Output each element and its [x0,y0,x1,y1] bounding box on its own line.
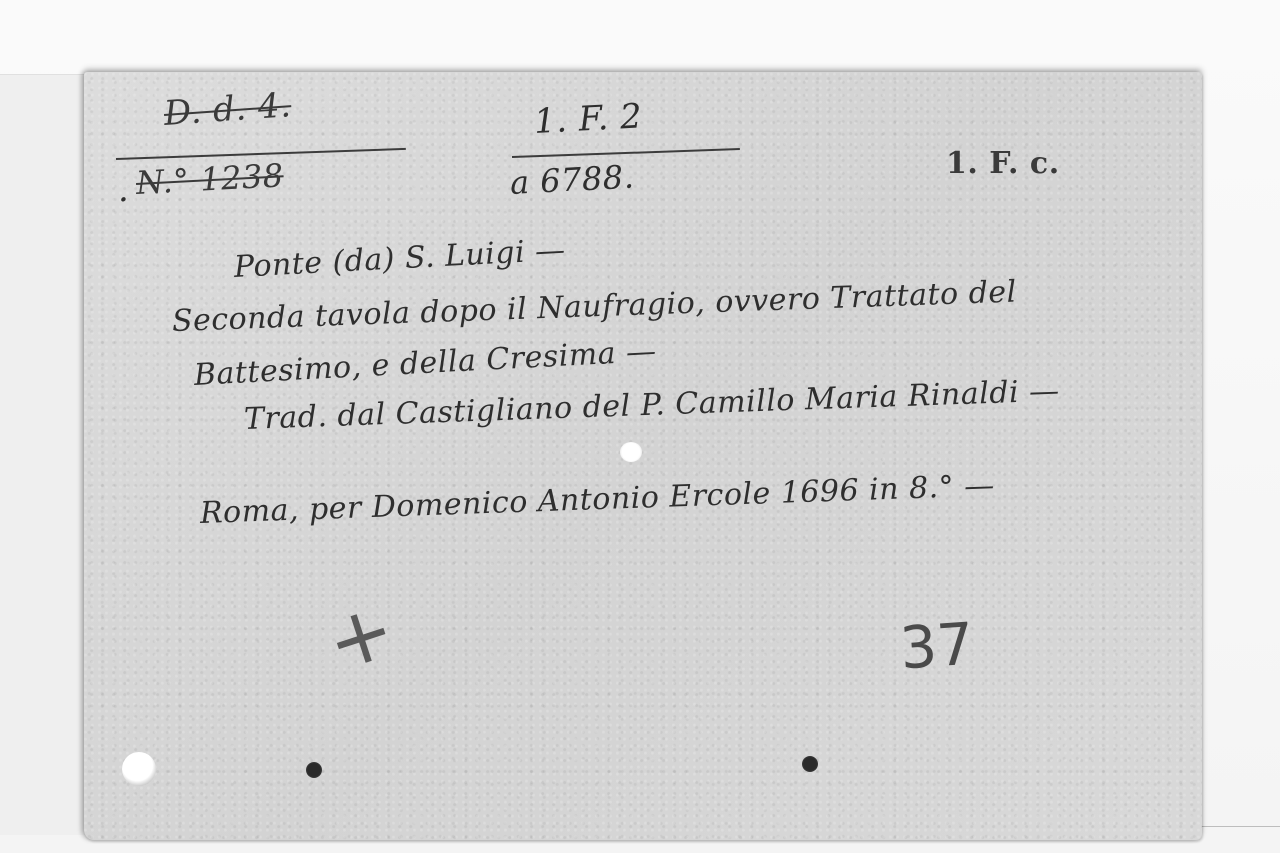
title-line-2: Battesimo, e della Cresima — [193,334,657,393]
punch-hole-top [620,442,642,462]
author-line: Ponte (da) S. Luigi — [233,233,566,285]
punch-hole-small-right [802,756,818,772]
pencil-cross-mark: + [316,584,406,690]
punch-hole-small-left [306,762,322,778]
inventory-number: a 6788. [509,158,635,202]
old-number-struck: N.° 1238 [135,156,285,202]
old-number-prefix: . [118,170,129,210]
pencil-number: 37 [898,610,976,683]
title-line-1: Seconda tavola dopo il Naufragio, ovvero… [171,275,1017,339]
imprint-line: Roma, per Domenico Antonio Ercole 1696 i… [199,468,995,531]
background-edge [1200,826,1280,827]
shelfmark-rule [512,148,740,157]
classification: 1. F. c. [946,146,1060,181]
old-shelfmark-struck: D. d. 4. [163,85,293,134]
shelfmark: 1. F. 2 [533,96,643,142]
punch-hole-large [122,752,156,786]
background-sheet [0,74,86,835]
catalog-card: D. d. 4. . N.° 1238 1. F. 2 a 6788. 1. F… [84,72,1202,840]
